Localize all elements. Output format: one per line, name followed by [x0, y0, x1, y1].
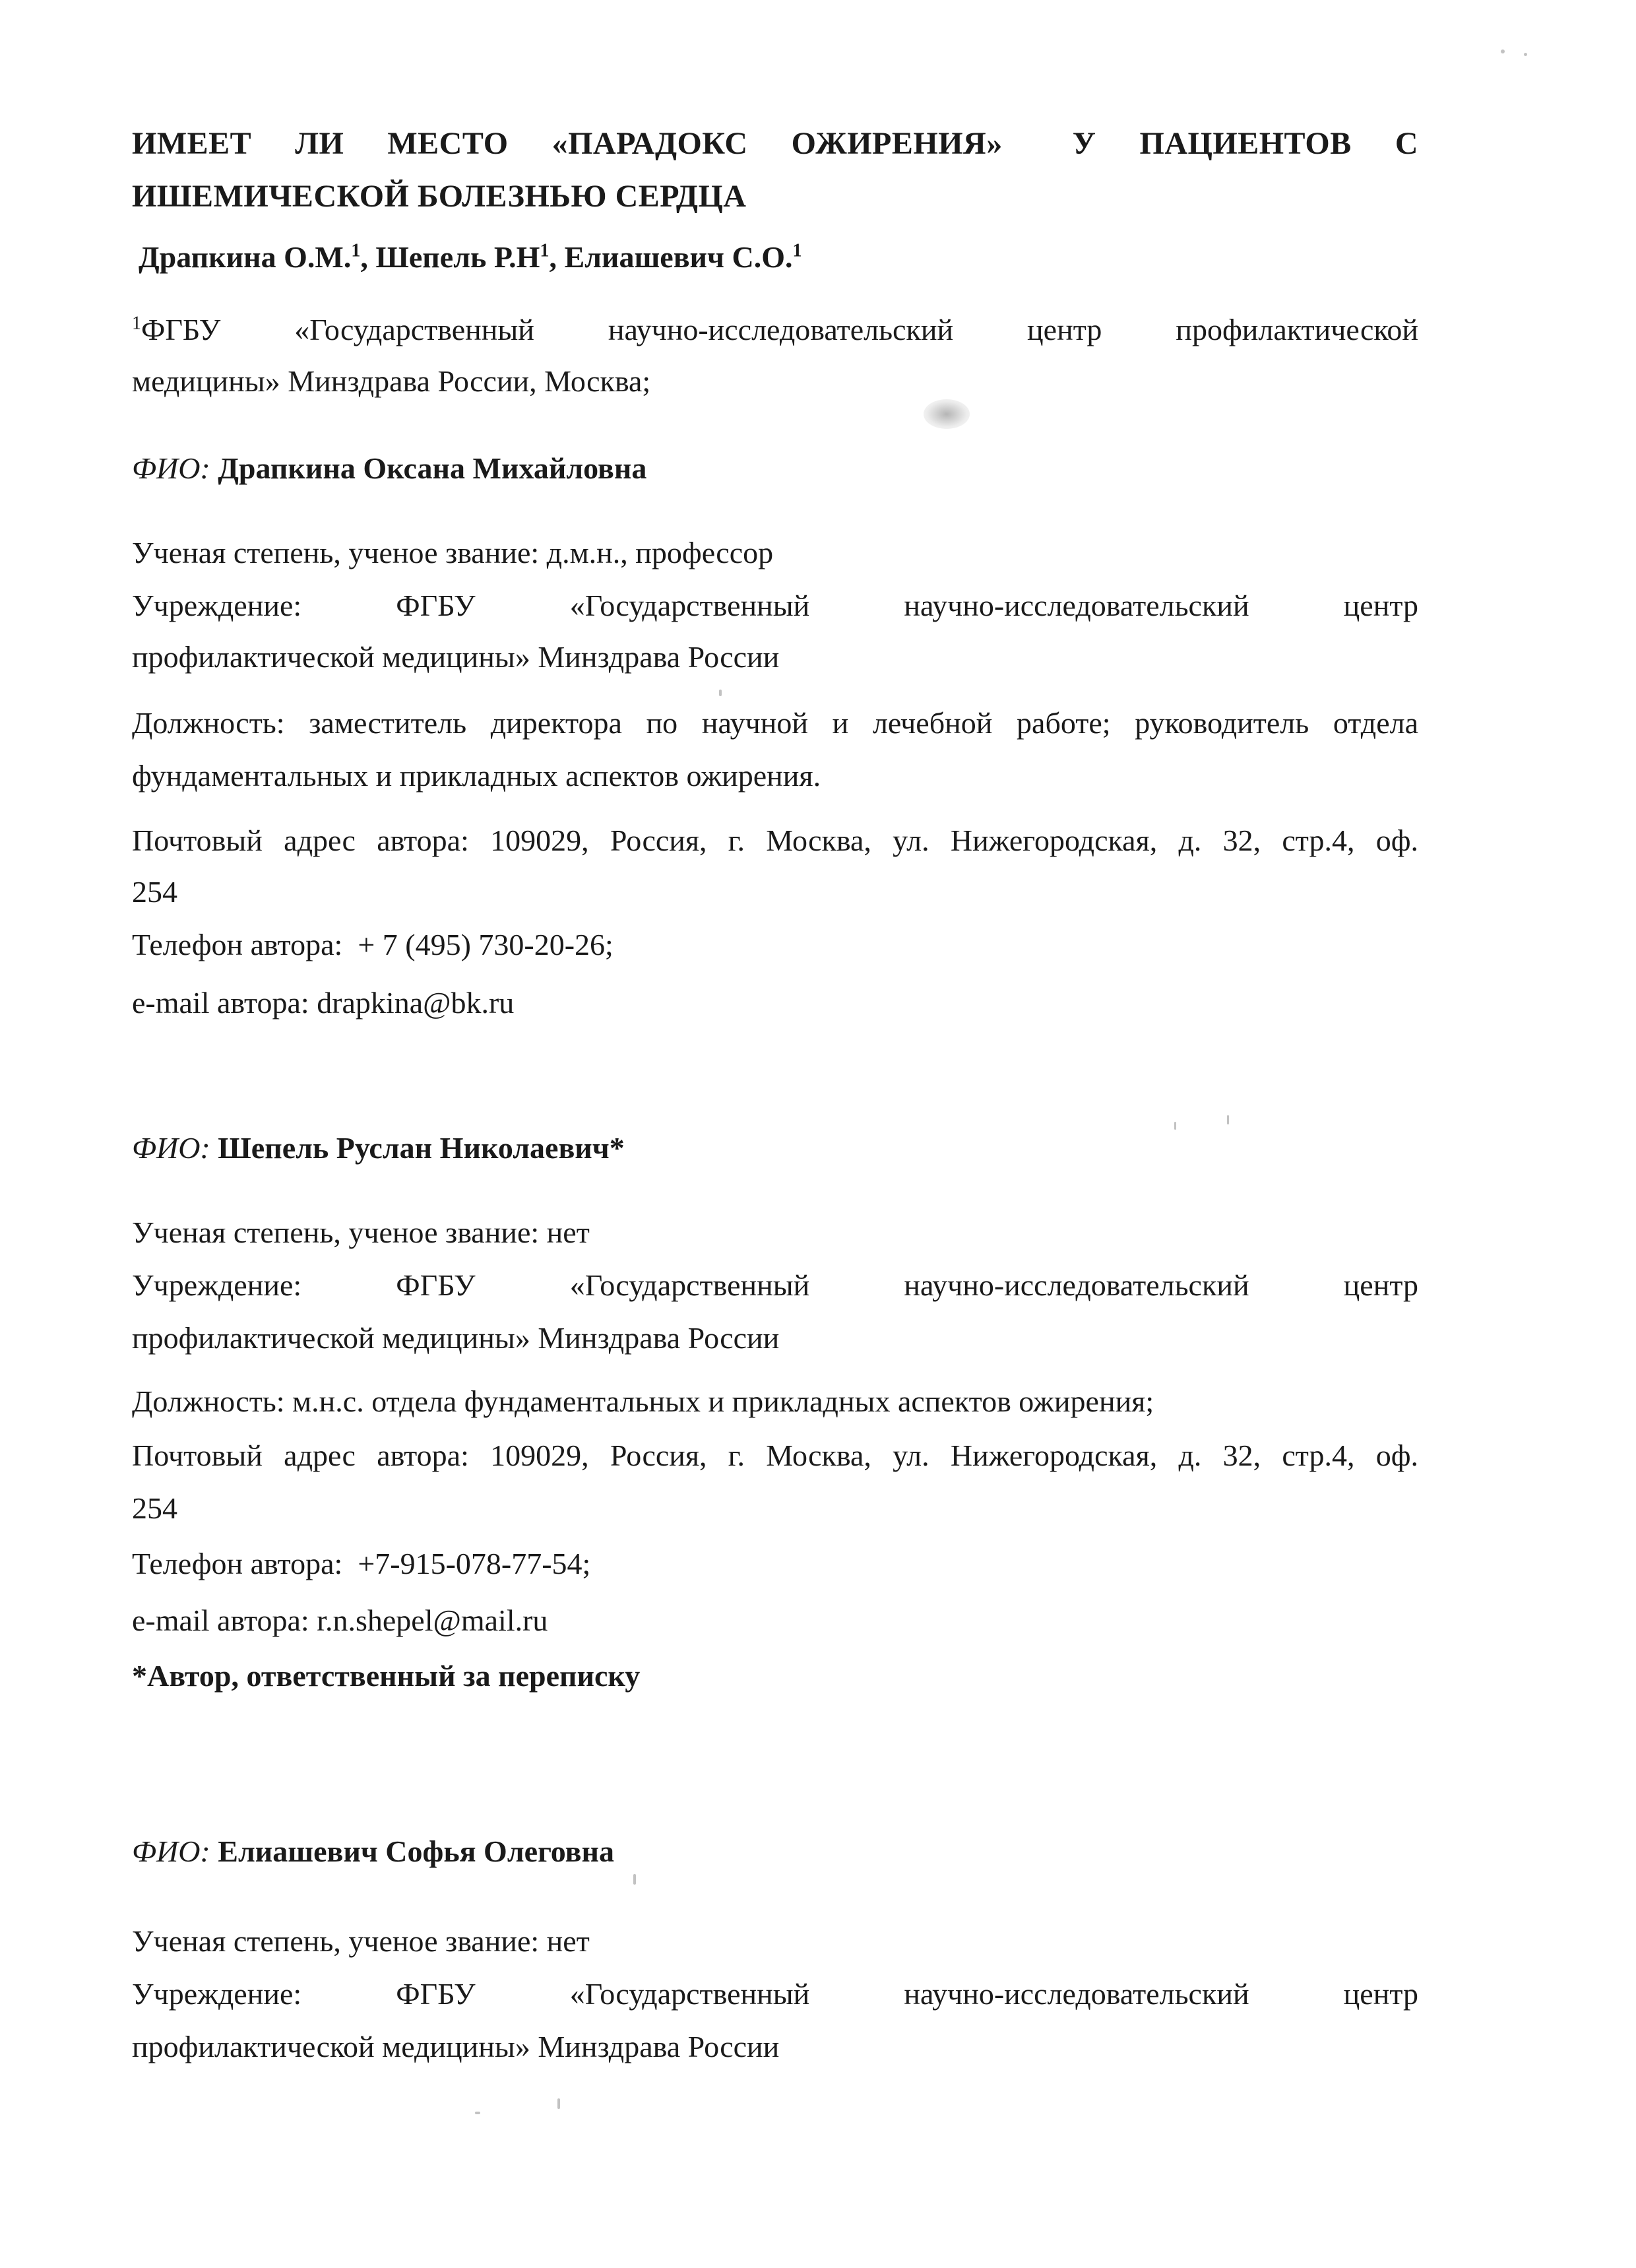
fio-value: Шепель Руслан Николаевич*	[218, 1131, 625, 1165]
title-word: ПАЦИЕНТОВ	[1140, 124, 1352, 164]
author-name: Драпкина О.М.	[139, 240, 351, 274]
phone-value: + 7 (495) 730-20-26;	[358, 928, 613, 961]
email-label: e-mail автора:	[132, 986, 309, 1020]
phone-value: +7-915-078-77-54;	[358, 1547, 590, 1580]
person-1-institution-line-1: Учреждение: ФГБУ «Государственный научно…	[132, 586, 1418, 626]
affiliation-text: ФГБУ «Государственный научно-исследовате…	[141, 313, 1418, 346]
person-1-email: e-mail автора: drapkina@bk.ru	[132, 983, 1418, 1023]
scan-speck	[1174, 1122, 1176, 1130]
fio-value: Драпкина Оксана Михайловна	[218, 451, 646, 485]
email-link[interactable]: r.n.shepel@mail.ru	[317, 1604, 548, 1637]
scan-smudge	[924, 399, 970, 429]
institution-word: центр	[1344, 586, 1418, 626]
fio-label: ФИО:	[132, 451, 210, 485]
institution-word: центр	[1344, 1974, 1418, 2014]
scan-speck	[1501, 49, 1505, 53]
email-label: e-mail автора:	[132, 1604, 309, 1637]
author-separator: ,	[549, 240, 564, 274]
institution-word: научно-исследовательский	[904, 1266, 1249, 1305]
person-1-phone: Телефон автора: + 7 (495) 730-20-26;	[132, 925, 1418, 965]
affiliation-line-1: 1ФГБУ «Государственный научно-исследоват…	[132, 310, 1418, 350]
corresponding-author-note: *Автор, ответственный за переписку	[132, 1656, 1418, 1696]
title-word: «ПАРАДОКС	[552, 124, 748, 164]
institution-word: научно-исследовательский	[904, 586, 1249, 626]
person-1-institution-line-2: профилактической медицины» Минздрава Рос…	[132, 637, 1418, 677]
person-2-fio: ФИО: Шепель Руслан Николаевич*	[132, 1128, 1418, 1168]
scan-speck	[633, 1874, 636, 1885]
scan-speck	[475, 2112, 480, 2114]
title-word: МЕСТО	[387, 124, 508, 164]
scan-speck	[719, 690, 722, 696]
scan-speck	[1227, 1115, 1229, 1124]
person-2-phone: Телефон автора: +7-915-078-77-54;	[132, 1544, 1418, 1584]
scan-speck	[1524, 53, 1527, 56]
author-name: Шепель Р.Н	[375, 240, 540, 274]
author-separator: ,	[360, 240, 375, 274]
person-1-position-line-1: Должность: заместитель директора по науч…	[132, 703, 1418, 743]
person-1-position-line-2: фундаментальных и прикладных аспектов ож…	[132, 756, 1418, 796]
title-line-2: ИШЕМИЧЕСКОЙ БОЛЕЗНЬЮ СЕРДЦА	[132, 177, 1418, 216]
institution-word: ФГБУ	[396, 1974, 475, 2014]
title-word: ОЖИРЕНИЯ»	[792, 124, 1003, 164]
affiliation-line-2: медицины» Минздрава России, Москва;	[132, 362, 1418, 401]
title-word: С	[1395, 124, 1418, 164]
fio-label: ФИО:	[132, 1131, 210, 1165]
institution-word: Учреждение:	[132, 1266, 301, 1305]
scan-speck	[557, 2098, 560, 2109]
person-2-position: Должность: м.н.с. отдела фундаментальных…	[132, 1382, 1418, 1421]
person-1-degree: Ученая степень, ученое звание: д.м.н., п…	[132, 533, 1418, 573]
fio-label: ФИО:	[132, 1834, 210, 1868]
person-3-institution-line-1: Учреждение: ФГБУ «Государственный научно…	[132, 1974, 1418, 2014]
institution-word: ФГБУ	[396, 1266, 475, 1305]
person-2-institution-line-2: профилактической медицины» Минздрава Рос…	[132, 1318, 1418, 1358]
degree-value: д.м.н., профессор	[547, 536, 773, 569]
person-3-fio: ФИО: Елиашевич Софья Олеговна	[132, 1832, 1418, 1871]
degree-label: Ученая степень, ученое звание:	[132, 1924, 539, 1958]
phone-label: Телефон автора:	[132, 1547, 342, 1580]
degree-value: нет	[547, 1924, 590, 1958]
institution-word: «Государственный	[570, 1266, 810, 1305]
person-2-institution-line-1: Учреждение: ФГБУ «Государственный научно…	[132, 1266, 1418, 1305]
person-3-degree: Ученая степень, ученое звание: нет	[132, 1922, 1418, 1961]
person-1-address-line-1: Почтовый адрес автора: 109029, Россия, г…	[132, 821, 1418, 860]
person-3-institution-line-2: профилактической медицины» Минздрава Рос…	[132, 2027, 1418, 2067]
title-word: ИМЕЕТ	[132, 124, 251, 164]
author-name: Елиашевич С.О.	[564, 240, 792, 274]
institution-word: Учреждение:	[132, 586, 301, 626]
person-1-address-line-2: 254	[132, 872, 1418, 912]
institution-word: «Государственный	[570, 1974, 810, 2014]
person-2-email: e-mail автора: r.n.shepel@mail.ru	[132, 1601, 1418, 1640]
fio-value: Елиашевич Софья Олеговна	[218, 1834, 614, 1868]
institution-word: Учреждение:	[132, 1974, 301, 2014]
institution-word: ФГБУ	[396, 586, 475, 626]
degree-value: нет	[547, 1215, 590, 1249]
institution-word: научно-исследовательский	[904, 1974, 1249, 2014]
author-affil-sup: 1	[540, 241, 549, 261]
authors-line: Драпкина О.М.1, Шепель Р.Н1, Елиашевич С…	[139, 238, 1425, 277]
person-2-address-line-1: Почтовый адрес автора: 109029, Россия, г…	[132, 1436, 1418, 1475]
institution-word: центр	[1344, 1266, 1418, 1305]
person-2-address-line-2: 254	[132, 1489, 1418, 1528]
author-affil-sup: 1	[793, 241, 802, 261]
affiliation-sup: 1	[132, 313, 141, 334]
title-word: У	[1073, 124, 1096, 164]
degree-label: Ученая степень, ученое звание:	[132, 536, 539, 569]
degree-label: Ученая степень, ученое звание:	[132, 1215, 539, 1249]
title-word: ЛИ	[295, 124, 344, 164]
person-1-fio: ФИО: Драпкина Оксана Михайловна	[132, 449, 1418, 488]
person-2-degree: Ученая степень, ученое звание: нет	[132, 1213, 1418, 1252]
email-link[interactable]: drapkina@bk.ru	[317, 986, 514, 1020]
title-line-1: ИМЕЕТ ЛИ МЕСТО «ПАРАДОКС ОЖИРЕНИЯ» У ПАЦ…	[132, 124, 1418, 164]
phone-label: Телефон автора:	[132, 928, 342, 961]
author-affil-sup: 1	[351, 241, 360, 261]
institution-word: «Государственный	[570, 586, 810, 626]
